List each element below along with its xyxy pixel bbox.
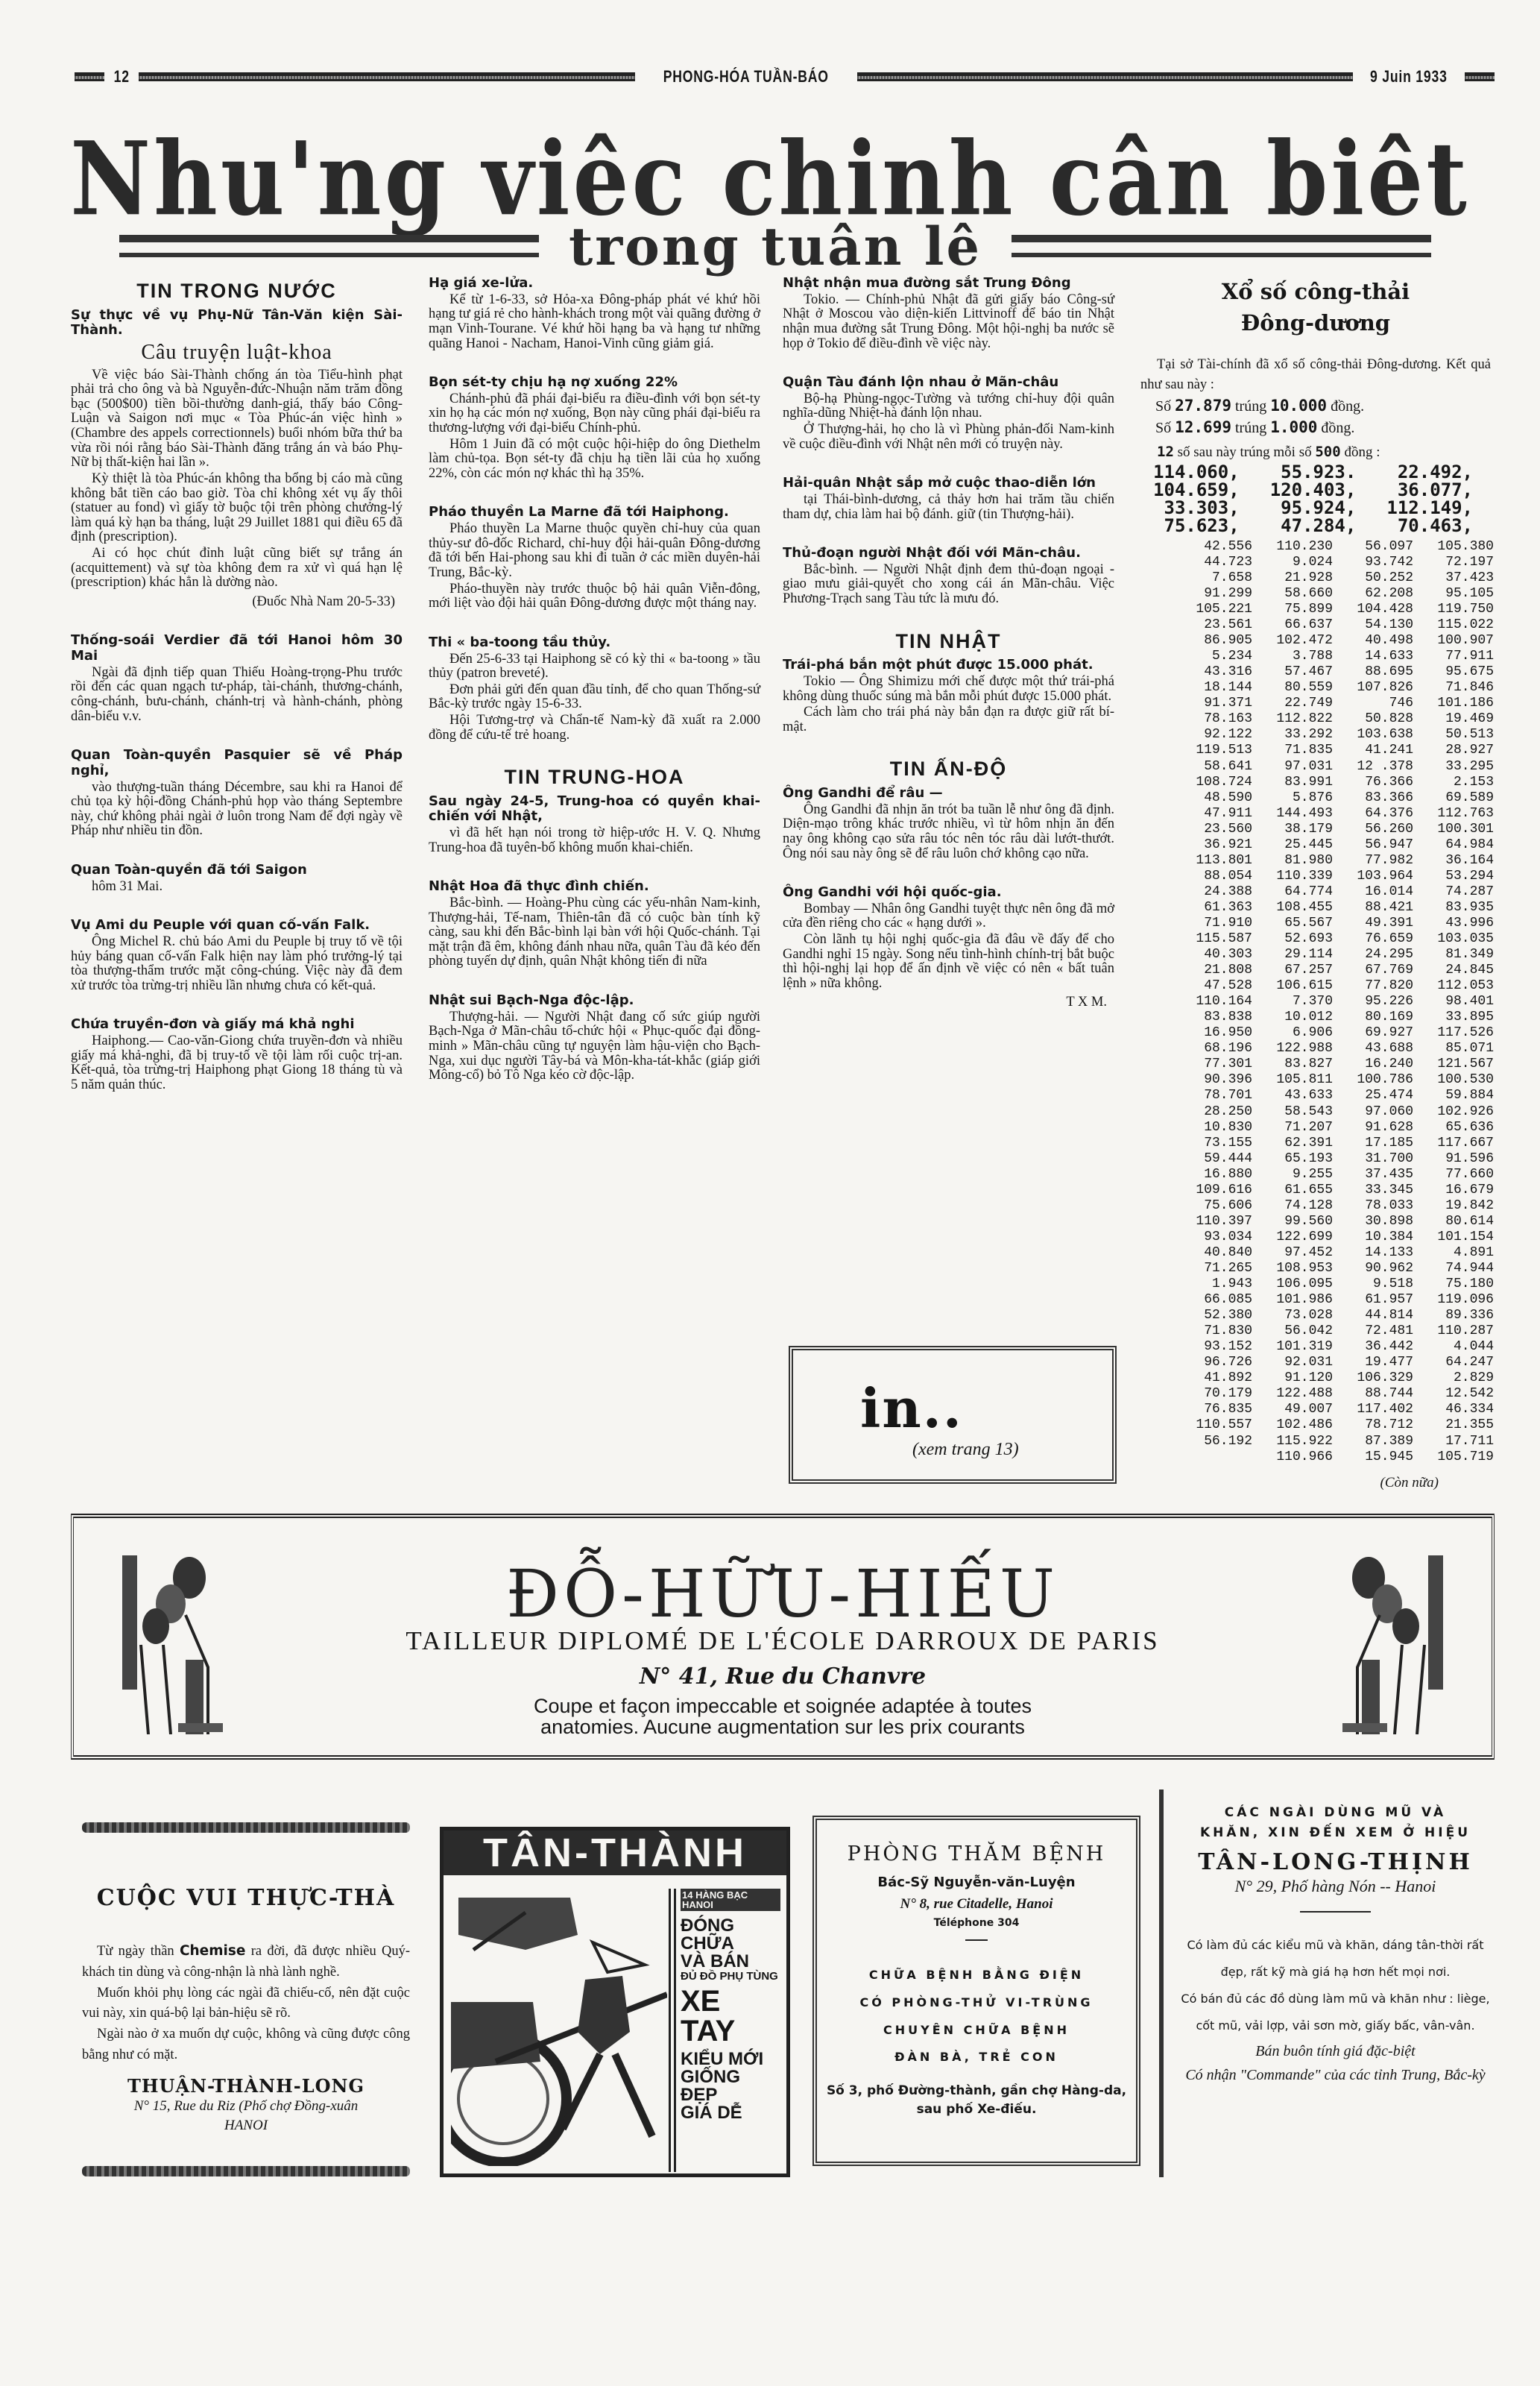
- shop-name: TÂN-LONG-THỊNH: [1173, 1849, 1498, 1875]
- winning-number: 67.257: [1252, 963, 1333, 978]
- article: Quận Tàu đánh lộn nhau ở Mãn-châu Bộ-hạ …: [783, 375, 1114, 452]
- winning-number: 76.835: [1170, 1402, 1252, 1417]
- winning-number: 90.396: [1170, 1072, 1252, 1088]
- big-prize-heading: 12 số sau này trúng mỗi số 500 đồng :: [1140, 444, 1491, 460]
- winning-number: 19.842: [1413, 1198, 1494, 1214]
- winning-number: 92.122: [1170, 727, 1252, 743]
- winning-number: 92.031: [1252, 1355, 1333, 1370]
- winning-number: 29.114: [1252, 947, 1333, 963]
- winning-number: 80.559: [1252, 680, 1333, 696]
- article: Nhật nhận mua đường sắt Trung Đông Tokio…: [783, 276, 1114, 351]
- article-paragraph: Bắc-bình. — Người Nhật định đem thủ-đoạn…: [783, 563, 1114, 607]
- winning-number: 71.910: [1170, 916, 1252, 931]
- winning-number: 52.380: [1170, 1308, 1252, 1323]
- winning-number: 110.966: [1252, 1449, 1333, 1465]
- winning-number: 95.675: [1413, 664, 1494, 680]
- winning-number: 72.481: [1333, 1323, 1413, 1339]
- winning-number: 144.493: [1252, 806, 1333, 822]
- winning-number: 95.226: [1333, 994, 1413, 1010]
- big-prize-numbers: 114.060,55.923.22.492,104.659,120.403,36…: [1140, 463, 1491, 535]
- prize-amount: 10.000: [1270, 397, 1327, 415]
- article-paragraph: Hôm 1 Juin đã có một cuộc hội-hiệp do ôn…: [429, 438, 760, 482]
- panel-line: VÀ BÁN: [681, 1953, 780, 1971]
- page-subtitle: trong tuân lê: [569, 215, 982, 277]
- winning-number: 65.567: [1252, 916, 1333, 931]
- winning-number: 65.193: [1252, 1151, 1333, 1167]
- winning-number: 90.962: [1333, 1261, 1413, 1277]
- winning-number: 2.829: [1413, 1370, 1494, 1386]
- winning-number: 71.207: [1252, 1120, 1333, 1136]
- article: Ông Gandhi để râu — Ông Gandhi đã nhịn ă…: [783, 786, 1114, 861]
- winning-number: 122.488: [1252, 1386, 1333, 1402]
- winning-number: 107.826: [1333, 680, 1413, 696]
- winning-number: 36.442: [1333, 1339, 1413, 1355]
- article: Quan Toàn-quyền Pasquier sẽ về Pháp nghỉ…: [71, 748, 403, 839]
- rickshaw-shop-advertisement: TÂN-THÀNH 14 HÀNG BẠC HANOI ĐÓNG CHỮA VÀ…: [440, 1827, 790, 2177]
- winning-number: 103.964: [1333, 869, 1413, 884]
- winning-number: 61.655: [1252, 1183, 1333, 1198]
- winning-number: 102.486: [1252, 1417, 1333, 1433]
- section-heading: TIN TRONG NƯỚC: [71, 280, 403, 302]
- column-domestic-news: TIN TRONG NƯỚC Sự thực về vụ Phụ-Nữ Tân-…: [71, 276, 403, 1117]
- winning-number: 12.542: [1413, 1386, 1494, 1402]
- see-page-13-box: in.. (xem trang 13): [789, 1346, 1117, 1484]
- winning-number: 23.561: [1170, 617, 1252, 633]
- winning-number: 21.808: [1170, 963, 1252, 978]
- winning-number: 71.846: [1413, 680, 1494, 696]
- article-title: Vụ Ami du Peuple với quan cố-vấn Falk.: [71, 918, 403, 934]
- winning-number: 91.628: [1333, 1120, 1413, 1136]
- winning-number: 50.828: [1333, 711, 1413, 727]
- big-prize-number: 47.284,: [1257, 517, 1375, 535]
- winning-number: 83.366: [1333, 790, 1413, 806]
- article: Hạ giá xe-lửa. Kể từ 1-6-33, sở Hỏa-xa Đ…: [429, 276, 760, 351]
- service-line: CÓ PHÒNG-THỬ VI-TRÙNG: [817, 1989, 1136, 2017]
- winning-number: 77.301: [1170, 1057, 1252, 1072]
- winning-number: 88.744: [1333, 1386, 1413, 1402]
- winning-number: 105.380: [1413, 539, 1494, 555]
- shop-city: HANOI: [82, 2116, 410, 2136]
- winning-number: 71.835: [1252, 743, 1333, 758]
- winning-number: 105.221: [1170, 602, 1252, 617]
- winning-number: 56.042: [1252, 1323, 1333, 1339]
- winning-number: 30.898: [1333, 1214, 1413, 1230]
- big-prize-number: 75.623,: [1140, 517, 1257, 535]
- winning-number: 16.950: [1170, 1025, 1252, 1041]
- winning-number: 19.469: [1413, 711, 1494, 727]
- winning-number: 91.299: [1170, 586, 1252, 602]
- winning-number: 36.164: [1413, 853, 1494, 869]
- prize-unit: đồng.: [1321, 420, 1354, 436]
- section-heading: TIN NHẬT: [783, 631, 1114, 652]
- winning-number: 112.763: [1413, 806, 1494, 822]
- ad-paragraph: Có bán đủ các đồ dùng làm mũ và khăn như…: [1173, 1986, 1498, 2039]
- winning-number: 15.945: [1333, 1449, 1413, 1465]
- section-heading: TIN ẤN-ĐỘ: [783, 758, 1114, 780]
- winning-number: 62.208: [1333, 586, 1413, 602]
- winning-number: 17.185: [1333, 1136, 1413, 1151]
- winning-number: 88.695: [1333, 664, 1413, 680]
- shirt-shop-advertisement: CUỘC VUI THỰC-THÀ Từ ngày thần Chemise r…: [82, 1804, 410, 2192]
- winning-number: 28.927: [1413, 743, 1494, 758]
- winning-number: 91.371: [1170, 696, 1252, 711]
- article: Sau ngày 24-5, Trung-hoa có quyền khai-c…: [429, 794, 760, 856]
- winning-number: 41.892: [1170, 1370, 1252, 1386]
- header-rule: [857, 72, 1354, 81]
- winning-number: 49.007: [1252, 1402, 1333, 1417]
- hat-shop-advertisement: CÁC NGÀI DÙNG MŨ VÀ KHĂN, XIN ĐẾN XEM Ở …: [1159, 1789, 1498, 2177]
- header-rule: [75, 72, 104, 81]
- prize-prefix: Số: [1155, 398, 1171, 415]
- winning-number: 58.641: [1170, 759, 1252, 775]
- winning-number: 62.391: [1252, 1136, 1333, 1151]
- winning-number: 58.543: [1252, 1104, 1333, 1120]
- article-paragraph: Tokio — Ông Shimizu mới chế được một thứ…: [783, 675, 1114, 704]
- lottery-title: Xổ số công-thải Đông-dương: [1140, 276, 1491, 339]
- winning-number: 102.926: [1413, 1104, 1494, 1120]
- winning-number: 64.247: [1413, 1355, 1494, 1370]
- prize-number: 27.879: [1175, 397, 1231, 415]
- winning-number: 25.445: [1252, 837, 1333, 853]
- panel-line: ĐỦ ĐỒ PHỤ TÙNG: [681, 1971, 780, 1982]
- service-panel: 14 HÀNG BẠC HANOI ĐÓNG CHỮA VÀ BÁN ĐỦ ĐỒ…: [669, 1889, 780, 2172]
- winning-number: 47.528: [1170, 978, 1252, 994]
- winning-number: 73.028: [1252, 1308, 1333, 1323]
- article-paragraph: Bombay — Nhân ông Gandhi tuyệt thực nên …: [783, 902, 1114, 931]
- winning-number: 16.014: [1333, 884, 1413, 900]
- article-title: Hải-quân Nhật sắp mở cuộc thao-diễn lớn: [783, 476, 1114, 491]
- winning-number: 97.452: [1252, 1245, 1333, 1261]
- lottery-title-line: Xổ số công-thải: [1140, 276, 1491, 307]
- page-number: 12: [114, 67, 130, 86]
- winning-number: 78.712: [1333, 1417, 1413, 1433]
- winning-number: 108.455: [1252, 900, 1333, 916]
- ad-paragraph: Muốn khỏi phụ lòng các ngài đã chiếu-cố,…: [82, 1983, 410, 2025]
- winning-number: 52.693: [1252, 931, 1333, 947]
- winning-number: 67.769: [1333, 963, 1413, 978]
- winning-number: 106.615: [1252, 978, 1333, 994]
- article: Thống-soái Verdier đã tới Hanoi hôm 30 M…: [71, 633, 403, 724]
- article-title: Bọn sét-ty chịu hạ nợ xuống 22%: [429, 375, 760, 391]
- tailor-name: ĐỖ-HỮU-HIẾU: [74, 1555, 1492, 1632]
- article: Sự thực về vụ Phụ-Nữ Tân-Văn kiện Sài-Th…: [71, 308, 403, 610]
- winning-number: 93.034: [1170, 1230, 1252, 1245]
- article-subtitle: Câu truyện luật-khoa: [71, 341, 403, 364]
- article: Thủ-đoạn người Nhật đối với Mãn-châu. Bắ…: [783, 546, 1114, 607]
- article-paragraph: Bộ-hạ Phùng-ngọc-Tường và tướng chỉ-huy …: [783, 392, 1114, 421]
- panel-line: KIỂU MỚI: [681, 2050, 780, 2068]
- article-paragraph: Bắc-bình. — Hoàng-Phu cùng các yếu-nhân …: [429, 896, 760, 969]
- article-paragraph: hôm 31 Mai.: [71, 880, 403, 895]
- subtitle-rule-right: [1012, 235, 1431, 257]
- winning-number: 110.339: [1252, 869, 1333, 884]
- winning-number: 110.287: [1413, 1323, 1494, 1339]
- winning-number: 83.838: [1170, 1010, 1252, 1025]
- service-line: ĐÀN BÀ, TRẺ CON: [817, 2044, 1136, 2071]
- winning-number: 106.329: [1333, 1370, 1413, 1386]
- shop-address: N° 29, Phố hàng Nón -- Hanoi: [1173, 1877, 1498, 1896]
- winning-number: 10.830: [1170, 1120, 1252, 1136]
- winning-number: 115.587: [1170, 931, 1252, 947]
- winning-number: 88.421: [1333, 900, 1413, 916]
- ad-invitation: CÁC NGÀI DÙNG MŨ VÀ KHĂN, XIN ĐẾN XEM Ở …: [1173, 1803, 1498, 1843]
- article: Pháo thuyền La Marne đã tới Haiphong. Ph…: [429, 505, 760, 611]
- winning-number: 57.467: [1252, 664, 1333, 680]
- winning-number: 48.590: [1170, 790, 1252, 806]
- column-3: Nhật nhận mua đường sắt Trung Đông Tokio…: [783, 276, 1114, 1034]
- prize-amount: 1.000: [1270, 418, 1317, 436]
- service-line: CHUYÊN CHỮA BỆNH: [817, 2017, 1136, 2045]
- column-2: Hạ giá xe-lửa. Kể từ 1-6-33, sở Hỏa-xa Đ…: [429, 276, 760, 1107]
- winning-number: 6.906: [1252, 1025, 1333, 1041]
- winning-number: 97.060: [1333, 1104, 1413, 1120]
- article-title: Quận Tàu đánh lộn nhau ở Mãn-châu: [783, 375, 1114, 391]
- big-prize-number: 112.149,: [1374, 499, 1491, 517]
- issue-date: 9 Juin 1933: [1370, 67, 1448, 86]
- winning-number: 58.660: [1252, 586, 1333, 602]
- ad-paragraph: Bán buôn tính giá đặc-biệt: [1173, 2039, 1498, 2063]
- winning-number: 122.699: [1252, 1230, 1333, 1245]
- header-rule: [139, 72, 635, 81]
- tailor-tagline: TAILLEUR DIPLOMÉ DE L'ÉCOLE DARROUX DE P…: [74, 1626, 1492, 1656]
- winning-number: 76.366: [1333, 775, 1413, 790]
- header-rule: [1465, 72, 1495, 81]
- winning-number: 44.723: [1170, 555, 1252, 570]
- winning-number: 19.477: [1333, 1355, 1413, 1370]
- winning-number: 64.774: [1252, 884, 1333, 900]
- big-prize-number: 33.303,: [1140, 499, 1257, 517]
- winning-number: 9.518: [1333, 1277, 1413, 1292]
- winning-number: 4.891: [1413, 1245, 1494, 1261]
- winning-number: 24.295: [1333, 947, 1413, 963]
- subtitle-row: trong tuân lê: [119, 216, 1431, 276]
- tailor-description: Coupe et façon impeccable et soignée ada…: [74, 1696, 1492, 1738]
- article: Hải-quân Nhật sắp mở cuộc thao-diễn lớn …: [783, 476, 1114, 522]
- article-title: Ông Gandhi để râu —: [783, 786, 1114, 802]
- prize-unit: đồng.: [1331, 398, 1364, 415]
- winning-number: 93.742: [1333, 555, 1413, 570]
- clinic-title: PHÒNG THĂM BỆNH: [817, 1842, 1136, 1866]
- winning-number: 43.996: [1413, 916, 1494, 931]
- winning-number: 43.633: [1252, 1088, 1333, 1104]
- winning-number: 72.197: [1413, 555, 1494, 570]
- winning-number: 24.845: [1413, 963, 1494, 978]
- winning-number: 28.250: [1170, 1104, 1252, 1120]
- ad-text: Từ ngày thần: [97, 1944, 174, 1959]
- article-paragraph: Kể từ 1-6-33, sở Hỏa-xa Đông-pháp phát v…: [429, 293, 760, 351]
- article-title: Hạ giá xe-lửa.: [429, 276, 760, 292]
- big-prize-number: 55.923.: [1257, 463, 1375, 481]
- winning-number: 80.614: [1413, 1214, 1494, 1230]
- winning-number: 59.884: [1413, 1088, 1494, 1104]
- doctor-name: Bác-Sỹ Nguyễn-văn-Luyện: [817, 1875, 1136, 1890]
- article-paragraph: Còn lãnh tụ hội nghị quốc-gia đã đâu về …: [783, 933, 1114, 991]
- article-title: Quan Toàn-quyền Pasquier sẽ về Pháp nghỉ…: [71, 748, 403, 778]
- panel-line: ĐÓNG: [681, 1917, 780, 1935]
- decorative-border: [82, 2166, 410, 2176]
- shop-brand: TÂN-THÀNH: [444, 1831, 786, 1875]
- article-title: Nhật nhận mua đường sắt Trung Đông: [783, 276, 1114, 292]
- winning-number: 41.241: [1333, 743, 1413, 758]
- tailor-address: N° 41, Rue du Chanvre: [74, 1663, 1492, 1690]
- article-paragraph: Về việc báo Sài-Thành chống án tòa Tiểu-…: [71, 368, 403, 470]
- panel-line: GIỐNG ĐẸP: [681, 2068, 780, 2104]
- big-prize-amount: 500: [1315, 444, 1340, 460]
- big-prize-number: 114.060,: [1140, 463, 1257, 481]
- service-line: CHỮA BỆNH BẰNG ĐIỆN: [817, 1962, 1136, 1989]
- article-paragraph: vì đã hết hạn nói trong tờ hiệp-ước H. V…: [429, 826, 760, 855]
- prize-prefix: Số: [1155, 420, 1171, 436]
- article-title: Chứa truyền-đơn và giấy má khả nghi: [71, 1017, 403, 1033]
- article-paragraph: Pháo thuyền La Marne thuộc quyền chỉ-huy…: [429, 522, 760, 580]
- winning-number: 96.726: [1170, 1355, 1252, 1370]
- winning-number: 117.402: [1333, 1402, 1413, 1417]
- article: Chứa truyền-đơn và giấy má khả nghi Haip…: [71, 1017, 403, 1092]
- winning-number: 76.659: [1333, 931, 1413, 947]
- article-signature: (Đuốc Nhà Nam 20-5-33): [71, 595, 403, 610]
- lottery-prize: Số 12.699 trúng 1.000 đồng.: [1140, 417, 1491, 438]
- winning-number: 43.688: [1333, 1041, 1413, 1057]
- divider: [965, 1939, 988, 1941]
- shop-address: N° 15, Rue du Riz (Phố chợ Đồng-xuân: [82, 2097, 410, 2117]
- article-title: Trái-phá bắn một phút được 15.000 phát.: [783, 658, 1114, 673]
- winning-number: 66.085: [1170, 1292, 1252, 1308]
- article-title: Ông Gandhi với hội quốc-gia.: [783, 885, 1114, 901]
- winning-number: 117.667: [1413, 1136, 1494, 1151]
- winning-number: 109.616: [1170, 1183, 1252, 1198]
- winning-number: 83.827: [1252, 1057, 1333, 1072]
- article-signature: T X M.: [783, 995, 1114, 1010]
- article-title: Nhật Hoa đã thực đình chiến.: [429, 879, 760, 895]
- big-prize-number: 120.403,: [1257, 481, 1375, 499]
- winning-number: 119.096: [1413, 1292, 1494, 1308]
- winning-number: 101.186: [1413, 696, 1494, 711]
- winning-number: 74.128: [1252, 1198, 1333, 1214]
- winning-number: 4.044: [1413, 1339, 1494, 1355]
- article-title: Thi « ba-toong tầu thủy.: [429, 635, 760, 651]
- winning-number: 33.292: [1252, 727, 1333, 743]
- winning-number: 2.153: [1413, 775, 1494, 790]
- winning-number: 21.928: [1252, 570, 1333, 586]
- winning-number: 40.498: [1333, 633, 1413, 649]
- winning-number: 44.814: [1333, 1308, 1413, 1323]
- article-paragraph: Tokio. — Chính-phủ Nhật đã gửi giấy báo …: [783, 293, 1114, 351]
- panel-line: GIÁ DỄ: [681, 2104, 780, 2122]
- winning-number: 110.557: [1170, 1417, 1252, 1433]
- big-prize-number: 22.492,: [1374, 463, 1491, 481]
- winning-number: 91.120: [1252, 1370, 1333, 1386]
- decorative-border: [82, 1822, 410, 1833]
- winning-number: 14.133: [1333, 1245, 1413, 1261]
- winning-number: 43.316: [1170, 664, 1252, 680]
- winning-number: 12 .378: [1333, 759, 1413, 775]
- winning-number: 33.295: [1413, 759, 1494, 775]
- winning-number: 74.287: [1413, 884, 1494, 900]
- winning-number: 100.530: [1413, 1072, 1494, 1088]
- winning-number: 103.035: [1413, 931, 1494, 947]
- invitation-line: CÁC NGÀI DÙNG MŨ VÀ: [1173, 1803, 1498, 1823]
- rickshaw-puller-illustration-icon: [451, 1883, 667, 2166]
- winning-number: 10.012: [1252, 1010, 1333, 1025]
- winning-number: 85.071: [1413, 1041, 1494, 1057]
- winning-number: 115.922: [1252, 1434, 1333, 1449]
- winning-number: 83.991: [1252, 775, 1333, 790]
- winning-number: 61.957: [1333, 1292, 1413, 1308]
- clinic-address: N° 8, rue Citadelle, Hanoi: [817, 1896, 1136, 1913]
- article-paragraph: tại Thái-bình-dương, cả thảy hơn hai tră…: [783, 493, 1114, 522]
- winning-number: 78.701: [1170, 1088, 1252, 1104]
- winning-number: 98.401: [1413, 994, 1494, 1010]
- winning-number: 89.336: [1413, 1308, 1494, 1323]
- article-paragraph: Thượng-hải. — Người Nhật đang cố sức giú…: [429, 1010, 760, 1083]
- winning-number: 53.294: [1413, 869, 1494, 884]
- description-line: Coupe et façon impeccable et soignée ada…: [74, 1696, 1492, 1716]
- ad-title: CUỘC VUI THỰC-THÀ: [82, 1885, 410, 1911]
- winning-number: 17.711: [1413, 1434, 1494, 1449]
- publication-name: PHONG-HÓA TUẦN-BÁO: [663, 67, 829, 86]
- article-title: Thống-soái Verdier đã tới Hanoi hôm 30 M…: [71, 633, 403, 664]
- winning-number: 9.024: [1252, 555, 1333, 570]
- article: Quan Toàn-quyền đã tới Saigon hôm 31 Mai…: [71, 863, 403, 894]
- winning-number: 108.953: [1252, 1261, 1333, 1277]
- winning-number: 46.334: [1413, 1402, 1494, 1417]
- tailor-advertisement: ĐỖ-HỮU-HIẾU TAILLEUR DIPLOMÉ DE L'ÉCOLE …: [71, 1514, 1495, 1760]
- winning-number: 64.376: [1333, 806, 1413, 822]
- winning-number: 101.319: [1252, 1339, 1333, 1355]
- winning-number: 37.435: [1333, 1167, 1413, 1183]
- winning-number: 100.301: [1413, 822, 1494, 837]
- winning-number: 33.895: [1413, 1010, 1494, 1025]
- winning-number: 74.944: [1413, 1261, 1494, 1277]
- subtitle-rule-left: [119, 235, 539, 257]
- winning-number: 77.911: [1413, 649, 1494, 664]
- winning-number: 64.984: [1413, 837, 1494, 853]
- winning-number: 78.033: [1333, 1198, 1413, 1214]
- winning-number: 87.389: [1333, 1434, 1413, 1449]
- big-prize-number: 95.924,: [1257, 499, 1375, 517]
- winning-number: 81.349: [1413, 947, 1494, 963]
- article-paragraph: Chánh-phủ đã phái đại-biểu ra điều-đình …: [429, 392, 760, 436]
- big-prize-text: số sau này trúng mỗi số: [1178, 444, 1312, 460]
- winning-number: 49.391: [1333, 916, 1413, 931]
- winning-number: 7.370: [1252, 994, 1333, 1010]
- winning-number: 40.840: [1170, 1245, 1252, 1261]
- winning-number: 105.719: [1413, 1449, 1494, 1465]
- winning-number: 65.636: [1413, 1120, 1494, 1136]
- big-prize-number: 36.077,: [1374, 481, 1491, 499]
- article: Bọn sét-ty chịu hạ nợ xuống 22% Chánh-ph…: [429, 375, 760, 481]
- winning-number: 81.980: [1252, 853, 1333, 869]
- article-title: Nhật sui Bạch-Nga độc-lập.: [429, 993, 760, 1009]
- article: Ông Gandhi với hội quốc-gia. Bombay — Nh…: [783, 885, 1114, 1010]
- winning-number: 68.196: [1170, 1041, 1252, 1057]
- article-paragraph: Ông Gandhi đã nhịn ăn trót ba tuần lễ nh…: [783, 803, 1114, 861]
- description-line: anatomies. Aucune augmentation sur les p…: [74, 1716, 1492, 1737]
- winning-number: 78.163: [1170, 711, 1252, 727]
- clinic-phone: Téléphone 304: [817, 1917, 1136, 1929]
- winning-number: 69.927: [1333, 1025, 1413, 1041]
- article-paragraph: Pháo-thuyền này trước thuộc bộ hải quân …: [429, 582, 760, 611]
- continued-note: (Còn nữa): [1140, 1476, 1491, 1491]
- running-header: 12 PHONG-HÓA TUẦN-BÁO 9 Juin 1933: [75, 66, 1495, 88]
- winning-number: 22.749: [1252, 696, 1333, 711]
- winning-number: 50.513: [1413, 727, 1494, 743]
- winning-number: 77.820: [1333, 978, 1413, 994]
- winning-number: 9.255: [1252, 1167, 1333, 1183]
- winning-number: 56.260: [1333, 822, 1413, 837]
- teaser-text: in..: [860, 1376, 963, 1440]
- winning-number: 56.192: [1170, 1434, 1252, 1449]
